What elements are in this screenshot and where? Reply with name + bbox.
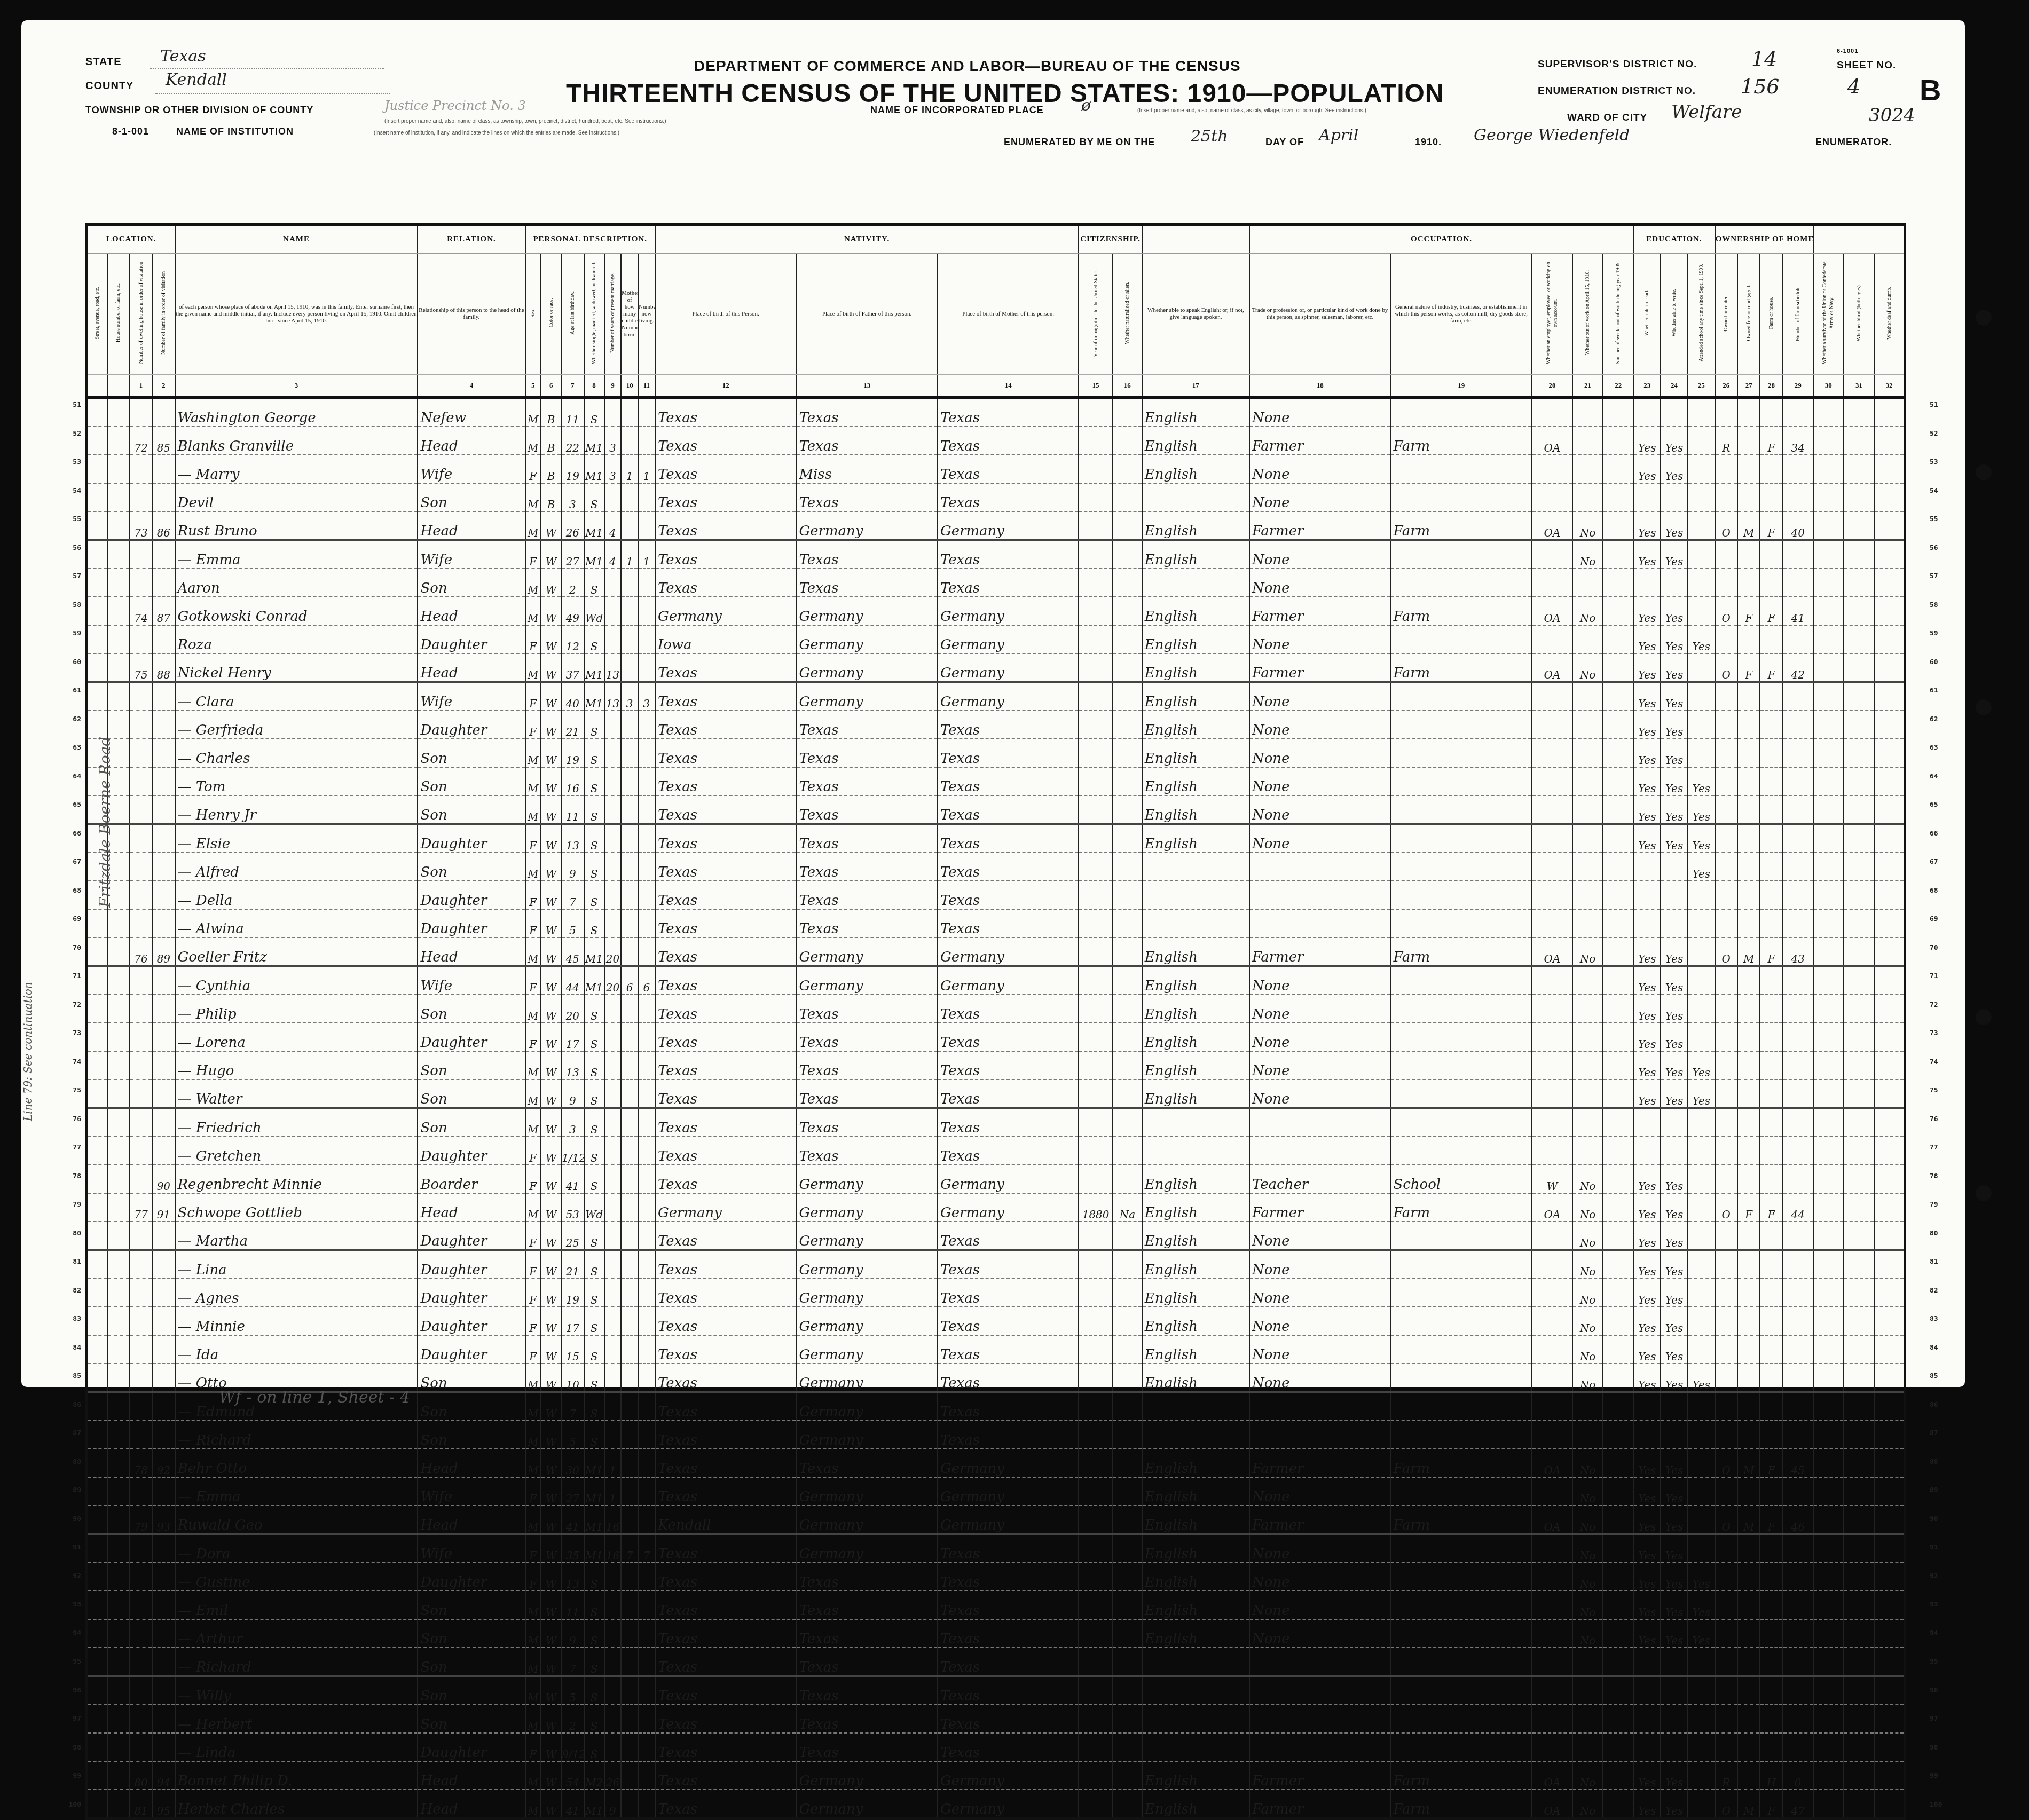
cell-pob: Texas: [655, 1023, 797, 1051]
cell-empty: [1813, 795, 1844, 824]
cell-nat: [1113, 767, 1142, 795]
cell-industry: [1390, 909, 1532, 937]
cell-imm: [1079, 483, 1112, 511]
cell-industry: [1390, 1279, 1532, 1307]
cell-relation: Head: [418, 511, 525, 540]
cell-empty: [1874, 1051, 1905, 1080]
cell-empty: [1813, 597, 1844, 625]
cell-wks: [1603, 569, 1633, 597]
cell-sex: F: [525, 625, 541, 653]
cell-living: [638, 511, 655, 540]
cell-mort: [1737, 455, 1760, 483]
cell-empty: [1874, 824, 1905, 853]
cell-write: Yes: [1661, 995, 1688, 1023]
cell-family: [152, 1335, 175, 1364]
cell-pob_m: Texas: [938, 1080, 1079, 1108]
cell-wks: [1603, 1307, 1633, 1335]
cell-read: Yes: [1633, 795, 1661, 824]
cell-industry: Farm: [1390, 937, 1532, 966]
cell-oow: [1572, 995, 1603, 1023]
column-header-text: House number or farm, etc.: [115, 283, 122, 342]
cell-farm: [1760, 995, 1782, 1023]
column-number: 27: [1737, 375, 1760, 397]
cell-industry: [1390, 569, 1532, 597]
cell-industry: [1390, 1364, 1532, 1392]
column-header-text: Number of weeks out of work during year …: [1615, 261, 1622, 365]
line-number: 62: [60, 705, 81, 734]
table-row: — MarthaDaughterFW25STexasGermanyTexasEn…: [87, 1222, 1905, 1250]
cell-empty: [87, 597, 107, 625]
cell-pob_f: Germany: [796, 1307, 938, 1335]
cell-sched: [1783, 853, 1813, 881]
cell-farm: [1760, 455, 1782, 483]
cell-own: R: [1715, 427, 1737, 455]
cell-empty: [107, 682, 130, 711]
cell-dwelling: [130, 795, 152, 824]
cell-school: Yes: [1688, 625, 1715, 653]
cell-living: [638, 1051, 655, 1080]
column-header-12: Place of birth of this Person.: [655, 253, 797, 375]
cell-nat: [1113, 540, 1142, 569]
cell-school: [1688, 1335, 1715, 1364]
line-number: 72: [60, 991, 81, 1020]
cell-relation: Son: [418, 795, 525, 824]
cell-dwelling: [130, 682, 152, 711]
cell-dwelling: [130, 966, 152, 995]
cell-born: [621, 739, 638, 767]
cell-trade: [1249, 909, 1391, 937]
cell-living: [638, 1392, 655, 1421]
enumerated-day: 25th: [1191, 127, 1228, 146]
cell-mort: M: [1737, 511, 1760, 540]
group-citizenship: CITIZENSHIP.: [1079, 225, 1142, 254]
cell-sex: F: [525, 1307, 541, 1335]
column-header-1: Number of dwelling house in order of vis…: [130, 253, 152, 375]
cell-race: W: [541, 1222, 561, 1250]
cell-own: [1715, 1108, 1737, 1137]
cell-write: Yes: [1661, 966, 1688, 995]
cell-family: [152, 1279, 175, 1307]
cell-nat: [1113, 739, 1142, 767]
cell-born: [621, 1307, 638, 1335]
punch-hole: [1976, 699, 1992, 715]
cell-sex: M: [525, 511, 541, 540]
cell-empty: [1874, 653, 1905, 682]
table-row: — MinnieDaughterFW17STexasGermanyTexasEn…: [87, 1307, 1905, 1335]
cell-empty: [1844, 682, 1874, 711]
cell-emp: [1532, 853, 1572, 881]
cell-read: Yes: [1633, 937, 1661, 966]
line-number: 58: [1930, 591, 1951, 620]
cell-imm: [1079, 995, 1112, 1023]
cell-sched: [1783, 909, 1813, 937]
cell-family: [152, 739, 175, 767]
cell-empty: [107, 455, 130, 483]
cell-pob_m: Texas: [938, 1023, 1079, 1051]
cell-wks: [1603, 795, 1633, 824]
cell-empty: [107, 427, 130, 455]
cell-sex: M: [525, 1080, 541, 1108]
cell-farm: [1760, 1364, 1782, 1392]
cell-pob: Texas: [655, 1392, 797, 1421]
cell-sched: [1783, 1137, 1813, 1165]
cell-name: Rust Bruno: [175, 511, 418, 540]
cell-school: [1688, 455, 1715, 483]
cell-industry: [1390, 739, 1532, 767]
cell-yrs: 4: [604, 540, 622, 569]
cell-wks: [1603, 1137, 1633, 1165]
line-number: 71: [60, 962, 81, 991]
cell-nat: [1113, 569, 1142, 597]
column-header-text: Sex.: [530, 308, 537, 318]
cell-emp: [1532, 1392, 1572, 1421]
column-header-10: Mother of how many children. Number born…: [621, 253, 638, 375]
institution-label: NAME OF INSTITUTION: [176, 126, 294, 137]
cell-empty: [107, 966, 130, 995]
cell-write: [1661, 569, 1688, 597]
line-number: 73: [1930, 1019, 1951, 1048]
cell-living: [638, 739, 655, 767]
cell-pob_m: Germany: [938, 937, 1079, 966]
column-header-27: Owned free or mortgaged.: [1737, 253, 1760, 375]
cell-own: [1715, 1279, 1737, 1307]
cell-trade: None: [1249, 824, 1391, 853]
cell-empty: [87, 483, 107, 511]
cell-sched: [1783, 1250, 1813, 1279]
cell-emp: [1532, 1364, 1572, 1392]
column-header-text: Whether a survivor of the Union or Confe…: [1821, 257, 1835, 369]
cell-name: — Lina: [175, 1250, 418, 1279]
column-number: [87, 375, 107, 397]
line-number: 75: [60, 1076, 81, 1105]
cell-nat: [1113, 1335, 1142, 1364]
cell-nat: [1113, 1165, 1142, 1193]
cell-write: Yes: [1661, 540, 1688, 569]
group-education: EDUCATION.: [1633, 225, 1715, 254]
cell-oow: [1572, 795, 1603, 824]
cell-empty: [87, 995, 107, 1023]
cell-born: [621, 1279, 638, 1307]
cell-industry: [1390, 966, 1532, 995]
cell-pob_f: Texas: [796, 427, 938, 455]
cell-empty: [1844, 1108, 1874, 1137]
cell-oow: [1572, 1108, 1603, 1137]
cell-nat: [1113, 881, 1142, 909]
cell-nat: [1113, 1051, 1142, 1080]
cell-emp: [1532, 397, 1572, 427]
group-occupation: OCCUPATION.: [1249, 225, 1633, 254]
cell-farm: [1760, 397, 1782, 427]
cell-dwelling: [130, 881, 152, 909]
cell-write: Yes: [1661, 511, 1688, 540]
cell-born: 6: [621, 966, 638, 995]
cell-sched: [1783, 397, 1813, 427]
table-row: 7285Blanks GranvilleHeadMB22M13TexasTexa…: [87, 427, 1905, 455]
cell-own: O: [1715, 653, 1737, 682]
cell-living: [638, 483, 655, 511]
cell-write: Yes: [1661, 1307, 1688, 1335]
cell-name: — Philip: [175, 995, 418, 1023]
cell-marital: S: [584, 824, 604, 853]
cell-own: [1715, 1364, 1737, 1392]
cell-empty: [1813, 966, 1844, 995]
line-number: 57: [1930, 562, 1951, 591]
cell-trade: [1249, 1108, 1391, 1137]
cell-sex: M: [525, 483, 541, 511]
line-number: 82: [1930, 1277, 1951, 1305]
cell-name: — Ida: [175, 1335, 418, 1364]
cell-family: 88: [152, 653, 175, 682]
cell-read: Yes: [1633, 1193, 1661, 1222]
cell-empty: [1874, 1250, 1905, 1279]
cell-empty: [107, 1193, 130, 1222]
cell-write: Yes: [1661, 1051, 1688, 1080]
cell-race: B: [541, 455, 561, 483]
cell-relation: Wife: [418, 682, 525, 711]
cell-emp: OA: [1532, 937, 1572, 966]
cell-school: Yes: [1688, 795, 1715, 824]
cell-industry: [1390, 1307, 1532, 1335]
cell-empty: [1874, 1279, 1905, 1307]
cell-name: — Martha: [175, 1222, 418, 1250]
column-number: 25: [1688, 375, 1715, 397]
cell-empty: [1813, 653, 1844, 682]
stamp-number: 3024: [1869, 105, 1915, 126]
cell-english: English: [1142, 1193, 1249, 1222]
cell-born: [621, 1080, 638, 1108]
cell-dwelling: [130, 1250, 152, 1279]
cell-empty: [87, 1307, 107, 1335]
cell-sex: M: [525, 937, 541, 966]
cell-empty: [107, 397, 130, 427]
cell-emp: [1532, 540, 1572, 569]
cell-yrs: [604, 1222, 622, 1250]
cell-empty: [1874, 937, 1905, 966]
cell-mort: [1737, 397, 1760, 427]
cell-race: W: [541, 653, 561, 682]
cell-own: [1715, 1307, 1737, 1335]
cell-dwelling: [130, 1023, 152, 1051]
cell-imm: [1079, 1080, 1112, 1108]
cell-dwelling: [130, 711, 152, 739]
line-number: 67: [1930, 848, 1951, 877]
column-number: 14: [938, 375, 1079, 397]
state-value: Texas: [160, 47, 206, 66]
cell-school: [1688, 1307, 1715, 1335]
cell-pob: Texas: [655, 569, 797, 597]
cell-yrs: [604, 597, 622, 625]
cell-read: Yes: [1633, 1023, 1661, 1051]
cell-family: [152, 397, 175, 427]
cell-family: 85: [152, 427, 175, 455]
cell-mort: [1737, 682, 1760, 711]
cell-farm: [1760, 1080, 1782, 1108]
column-number: 18: [1249, 375, 1391, 397]
cell-pob: Texas: [655, 1307, 797, 1335]
cell-own: [1715, 1080, 1737, 1108]
cell-farm: [1760, 569, 1782, 597]
cell-mort: [1737, 1137, 1760, 1165]
line-number: 60: [1930, 648, 1951, 677]
cell-english: English: [1142, 540, 1249, 569]
cell-empty: [1874, 1392, 1905, 1421]
cell-imm: [1079, 455, 1112, 483]
cell-age: 9: [561, 1080, 584, 1108]
cell-wks: [1603, 995, 1633, 1023]
cell-born: 1: [621, 540, 638, 569]
line-number: 77: [1930, 1133, 1951, 1162]
line-number: 66: [60, 820, 81, 848]
cell-own: [1715, 739, 1737, 767]
cell-trade: [1249, 1392, 1391, 1421]
cell-nat: [1113, 597, 1142, 625]
column-header-text: Relationship of this person to the head …: [419, 307, 524, 320]
column-header-text: of each person whose place of abode on A…: [176, 304, 416, 324]
column-header-18: Trade or profession of, or particular ki…: [1249, 253, 1391, 375]
cell-yrs: [604, 881, 622, 909]
cell-trade: [1249, 1137, 1391, 1165]
column-number: 16: [1113, 375, 1142, 397]
table-row: — GerfriedaDaughterFW21STexasTexasTexasE…: [87, 711, 1905, 739]
cell-school: [1688, 397, 1715, 427]
cell-empty: [107, 511, 130, 540]
cell-sched: 44: [1783, 1193, 1813, 1222]
cell-marital: S: [584, 1080, 604, 1108]
cell-read: Yes: [1633, 1165, 1661, 1193]
column-header-15: Year of immigration to the United States…: [1079, 253, 1112, 375]
cell-industry: [1390, 1392, 1532, 1421]
cell-dwelling: [130, 853, 152, 881]
cell-emp: OA: [1532, 511, 1572, 540]
cell-english: English: [1142, 739, 1249, 767]
cell-oow: [1572, 427, 1603, 455]
cell-own: O: [1715, 937, 1737, 966]
cell-pob_m: Texas: [938, 1307, 1079, 1335]
cell-family: [152, 795, 175, 824]
cell-dwelling: [130, 824, 152, 853]
cell-oow: [1572, 1051, 1603, 1080]
cell-farm: F: [1760, 427, 1782, 455]
cell-empty: [1844, 1080, 1874, 1108]
enumerator-name: George Wiedenfeld: [1474, 126, 1630, 145]
cell-write: Yes: [1661, 1364, 1688, 1392]
cell-empty: [1813, 1165, 1844, 1193]
cell-write: Yes: [1661, 1193, 1688, 1222]
cell-empty: [1813, 1392, 1844, 1421]
cell-relation: Head: [418, 597, 525, 625]
cell-sex: M: [525, 653, 541, 682]
cell-sex: F: [525, 881, 541, 909]
cell-english: English: [1142, 1051, 1249, 1080]
column-number: [107, 375, 130, 397]
cell-empty: [1813, 511, 1844, 540]
cell-yrs: [604, 1307, 622, 1335]
cell-empty: [87, 569, 107, 597]
cell-english: English: [1142, 427, 1249, 455]
cell-born: [621, 1051, 638, 1080]
form-code: 6-1001: [1837, 48, 1858, 54]
cell-empty: [1844, 853, 1874, 881]
cell-trade: Farmer: [1249, 653, 1391, 682]
column-number: 3: [175, 375, 418, 397]
cell-wks: [1603, 455, 1633, 483]
cell-read: Yes: [1633, 739, 1661, 767]
cell-trade: Farmer: [1249, 511, 1391, 540]
line-number: 84: [1930, 1334, 1951, 1362]
cell-empty: [1844, 1335, 1874, 1364]
cell-english: English: [1142, 1165, 1249, 1193]
cell-read: Yes: [1633, 1364, 1661, 1392]
cell-pob_f: Germany: [796, 1392, 938, 1421]
cell-oow: [1572, 455, 1603, 483]
cell-oow: [1572, 739, 1603, 767]
cell-pob_m: Germany: [938, 1193, 1079, 1222]
cell-own: O: [1715, 1193, 1737, 1222]
cell-sex: F: [525, 682, 541, 711]
cell-pob_f: Texas: [796, 1137, 938, 1165]
line-number: 51: [60, 391, 81, 420]
cell-english: English: [1142, 711, 1249, 739]
table-row: — Henry JrSonMW11STexasTexasTexasEnglish…: [87, 795, 1905, 824]
cell-yrs: [604, 1250, 622, 1279]
cell-pob_f: Texas: [796, 483, 938, 511]
cell-wks: [1603, 1051, 1633, 1080]
cell-nat: [1113, 427, 1142, 455]
table-row: — LinaDaughterFW21STexasGermanyTexasEngl…: [87, 1250, 1905, 1279]
cell-yrs: [604, 995, 622, 1023]
cell-mort: [1737, 1023, 1760, 1051]
cell-marital: S: [584, 881, 604, 909]
cell-emp: [1532, 824, 1572, 853]
cell-name: Regenbrecht Minnie: [175, 1165, 418, 1193]
cell-pob_f: Germany: [796, 937, 938, 966]
cell-industry: [1390, 397, 1532, 427]
cell-sched: 34: [1783, 427, 1813, 455]
cell-nat: [1113, 1108, 1142, 1137]
cell-read: [1633, 1392, 1661, 1421]
cell-mort: [1737, 1307, 1760, 1335]
cell-trade: Farmer: [1249, 937, 1391, 966]
line-number: 83: [1930, 1305, 1951, 1334]
cell-mort: [1737, 1335, 1760, 1364]
cell-english: [1142, 1137, 1249, 1165]
cell-name: — Alwina: [175, 909, 418, 937]
cell-living: [638, 1137, 655, 1165]
cell-mort: [1737, 569, 1760, 597]
cell-imm: [1079, 1335, 1112, 1364]
cell-read: [1633, 1137, 1661, 1165]
table-row: 7386Rust BrunoHeadMW26M14TexasGermanyGer…: [87, 511, 1905, 540]
column-header-22: Number of weeks out of work during year …: [1603, 253, 1633, 375]
cell-dwelling: [130, 767, 152, 795]
cell-dwelling: [130, 1279, 152, 1307]
cell-empty: [1813, 1335, 1844, 1364]
line-number: 80: [1930, 1219, 1951, 1248]
column-header-text: Trade or profession of, or particular ki…: [1252, 307, 1388, 320]
cell-imm: [1079, 937, 1112, 966]
table-row: DevilSonMB3STexasTexasTexasNone: [87, 483, 1905, 511]
line-number: 75: [1930, 1076, 1951, 1105]
cell-living: [638, 625, 655, 653]
cell-write: Yes: [1661, 682, 1688, 711]
table-row: — ElsieDaughterFW13STexasTexasTexasEngli…: [87, 824, 1905, 853]
line-number: 86: [60, 1391, 81, 1420]
cell-pob_m: Texas: [938, 795, 1079, 824]
cell-empty: [87, 1051, 107, 1080]
cell-yrs: [604, 767, 622, 795]
cell-oow: [1572, 397, 1603, 427]
cell-race: W: [541, 540, 561, 569]
